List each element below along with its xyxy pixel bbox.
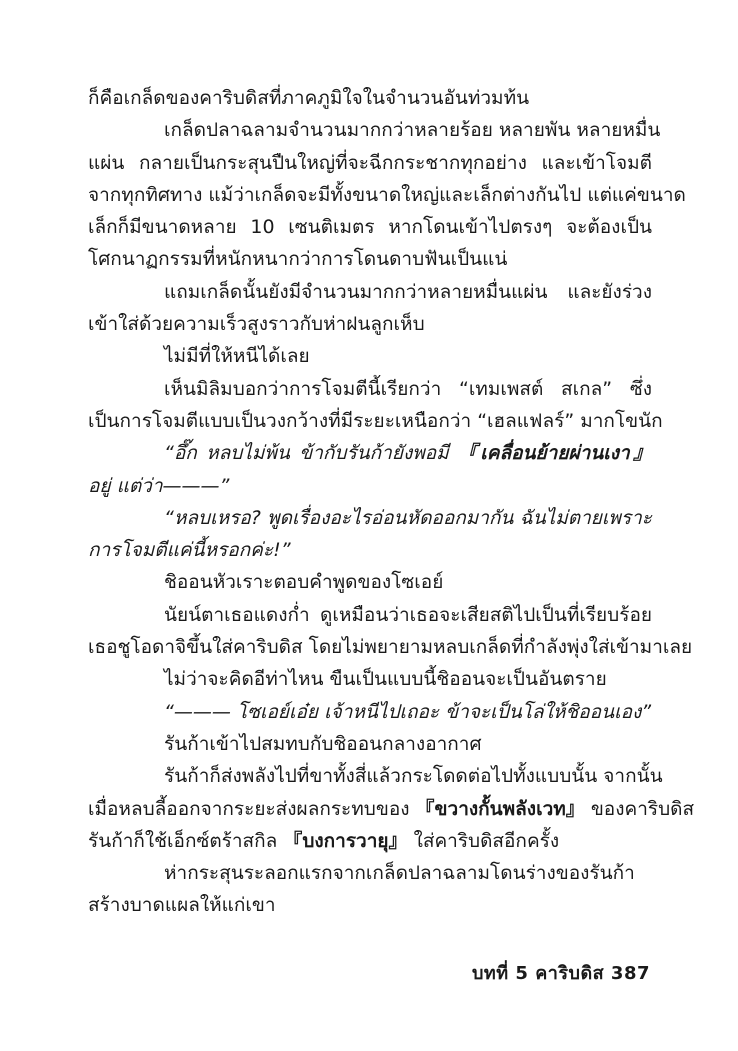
- dialogue-line: “——— โซเอย์เอ๋ย เจ้าหนีไปเถอะ ข้าจะเป็นโ…: [88, 696, 652, 728]
- text-line: เมื่อหลบลี้ออกจากระยะส่งผลกระทบของ 『ขวาง…: [88, 793, 652, 825]
- dialogue-line: “หลบเหรอ? พูดเรื่องอะไรอ่อนหัดออกมากัน ฉ…: [88, 502, 652, 534]
- dialogue-line: “อึ๊ก หลบไม่พ้น ข้ากับรันก้ายังพอมี 『เคล…: [88, 437, 652, 469]
- text-line: สร้างบาดแผลให้แก่เขา: [88, 889, 652, 921]
- text-segment: เมื่อหลบลี้ออกจากระยะส่งผลกระทบของ: [88, 798, 416, 820]
- text-line: รันก้าก็ส่งพลังไปที่ขาทั้งสี่แล้วกระโดดต…: [88, 760, 652, 792]
- skill-name: 『เคลื่อนย้ายผ่านเงา』: [458, 442, 652, 464]
- skill-name: 『บงการวายุ』: [283, 830, 407, 852]
- dialogue-line: อยู่ แต่ว่า———”: [88, 470, 652, 502]
- text-line: ก็คือเกล็ดของคาริบดิสที่ภาคภูมิใจในจำนวน…: [88, 82, 652, 114]
- text-line: จากทุกทิศทาง แม้ว่าเกล็ดจะมีทั้งขนาดใหญ่…: [88, 179, 652, 211]
- text-line: ไม่มีที่ให้หนีได้เลย: [88, 340, 652, 372]
- text-line: เป็นการโจมตีแบบเป็นวงกว้างที่มีระยะเหนือ…: [88, 405, 652, 437]
- skill-name: 『ขวางกั้นพลังเวท』: [416, 798, 585, 820]
- text-line: แถมเกล็ดนั้นยังมีจำนวนมากกว่าหลายหมื่นแผ…: [88, 276, 652, 308]
- text-line: ห่ากระสุนระลอกแรกจากเกล็ดปลาฉลามโดนร่างข…: [88, 857, 652, 889]
- page-number: 387: [611, 963, 650, 984]
- text-line: รันก้าเข้าไปสมทบกับชิออนกลางอากาศ: [88, 728, 652, 760]
- text-segment: ใส่คาริบดิสอีกครั้ง: [408, 830, 560, 852]
- text-line: เห็นมิลิมบอกว่าการโจมตีนี้เรียกว่า “เทมเ…: [88, 373, 652, 405]
- text-line: เข้าใส่ด้วยความเร็วสูงราวกับห่าฝนลูกเห็บ: [88, 308, 652, 340]
- chapter-title: บทที่ 5 คาริบดิส: [472, 963, 604, 984]
- text-line: แผ่น กลายเป็นกระสุนปืนใหญ่ที่จะฉีกกระชาก…: [88, 147, 652, 179]
- book-page-body: ก็คือเกล็ดของคาริบดิสที่ภาคภูมิใจในจำนวน…: [88, 82, 652, 922]
- page-footer: บทที่ 5 คาริบดิส 387: [472, 958, 650, 987]
- text-line: เล็กก็มีขนาดหลาย 10 เซนติเมตร หากโดนเข้า…: [88, 211, 652, 243]
- text-segment: รันก้าก็ใช้เอ็กซ์ตร้าสกิล: [88, 830, 283, 852]
- text-line: เกล็ดปลาฉลามจำนวนมากกว่าหลายร้อย หลายพัน…: [88, 114, 652, 146]
- dialogue-line: การโจมตีแค่นี้หรอกค่ะ!”: [88, 534, 652, 566]
- text-line: ไม่ว่าจะคิดอีท่าไหน ขืนเป็นแบบนี้ชิออนจะ…: [88, 663, 652, 695]
- text-line: ชิออนหัวเราะตอบคำพูดของโซเอย์: [88, 566, 652, 598]
- dialogue-text: “อึ๊ก หลบไม่พ้น ข้ากับรันก้ายังพอมี: [164, 442, 458, 464]
- text-line: นัยน์ตาเธอแดงก่ำ ดูเหมือนว่าเธอจะเสียสติ…: [88, 599, 652, 631]
- text-line: รันก้าก็ใช้เอ็กซ์ตร้าสกิล 『บงการวายุ』 ใส…: [88, 825, 652, 857]
- text-line: โศกนาฏกรรมที่หนักหนากว่าการโดนดาบฟันเป็น…: [88, 243, 652, 275]
- text-segment: ของคาริบดิส: [585, 798, 694, 820]
- text-line: เธอชูโอดาจิขึ้นใส่คาริบดิส โดยไม่พยายามห…: [88, 631, 652, 663]
